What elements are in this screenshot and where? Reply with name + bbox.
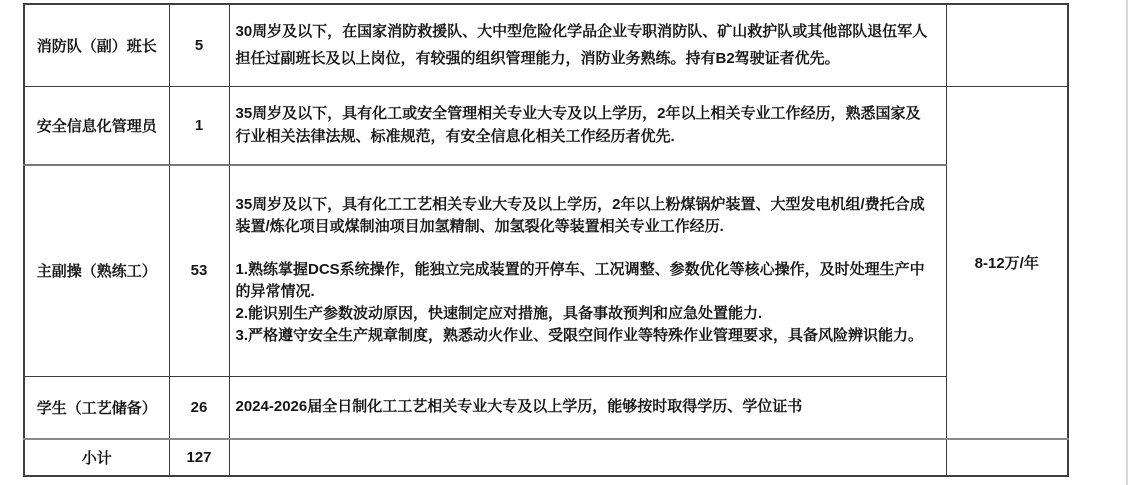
table-row: 安全信息化管理员 1 35周岁及以下，具有化工或安全管理相关专业大专及以上学历，… [24,86,1068,165]
requirements-cell: 2024-2026届全日制化工工艺相关专业大专及以上学历，能够按时取得学历、学位… [229,376,946,439]
requirement-item: 2.能识别生产参数波动原因，快速制定应对措施，具备事故预判和应急处置能力. [236,303,936,325]
salary-cell: 8-12万/年 [946,86,1068,439]
document-page: 消防队（副）班长 5 30周岁及以下，在国家消防救援队、大中型危险化学品企业专职… [0,0,1128,485]
job-title-cell: 安全信息化管理员 [24,86,169,165]
requirements-cell: 35周岁及以下，具有化工或安全管理相关专业大专及以上学历，2年以上相关专业工作经… [229,86,946,165]
table-row: 学生（工艺储备） 26 2024-2026届全日制化工工艺相关专业大专及以上学历… [24,376,1068,439]
headcount-cell: 1 [169,86,229,165]
headcount-cell: 53 [169,165,229,376]
table-row: 主副操（熟练工） 53 35周岁及以下，具有化工工艺相关专业大专及以上学历，2年… [24,165,1068,376]
job-title-cell: 学生（工艺储备） [24,376,169,439]
table-row: 小计 127 [24,439,1068,476]
headcount-cell: 5 [169,4,229,86]
salary-cell-empty [946,4,1068,86]
salary-cell-empty [946,439,1068,476]
headcount-cell: 26 [169,376,229,439]
subtotal-count-cell: 127 [169,439,229,476]
requirements-cell: 30周岁及以下，在国家消防救援队、大中型危险化学品企业专职消防队、矿山救护队或其… [229,4,946,86]
job-title-cell: 主副操（熟练工） [24,165,169,376]
subtotal-label-cell: 小计 [24,439,169,476]
recruitment-table: 消防队（副）班长 5 30周岁及以下，在国家消防救援队、大中型危险化学品企业专职… [23,3,1069,477]
requirement-item: 3.严格遵守安全生产规章制度，熟悉动火作业、受限空间作业等特殊作业管理要求，具备… [236,325,936,347]
requirements-cell: 35周岁及以下，具有化工工艺相关专业大专及以上学历，2年以上粉煤锅炉装置、大型发… [229,165,946,376]
requirements-list: 1.熟练掌握DCS系统操作，能独立完成装置的开停车、工况调整、参数优化等核心操作… [236,259,936,347]
table-row: 消防队（副）班长 5 30周岁及以下，在国家消防救援队、大中型危险化学品企业专职… [24,4,1068,86]
requirements-cell-empty [229,439,946,476]
requirement-item: 1.熟练掌握DCS系统操作，能独立完成装置的开停车、工况调整、参数优化等核心操作… [236,259,936,303]
job-title-cell: 消防队（副）班长 [24,4,169,86]
requirements-intro: 35周岁及以下，具有化工工艺相关专业大专及以上学历，2年以上粉煤锅炉装置、大型发… [236,194,936,238]
